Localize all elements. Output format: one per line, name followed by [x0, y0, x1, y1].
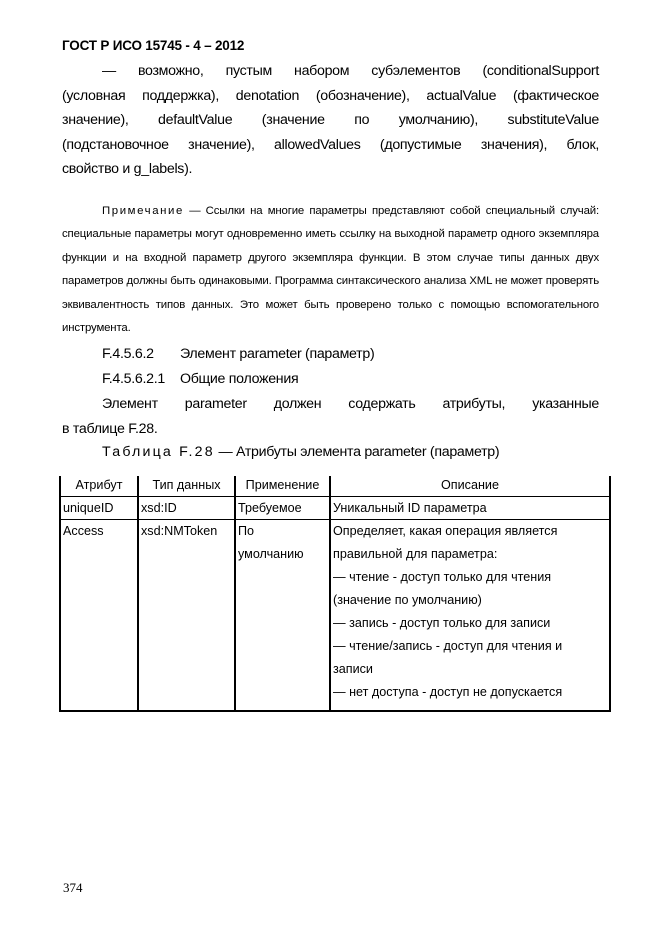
column-header-datatype: Тип данных — [138, 476, 235, 497]
note-label: Примечание — [102, 205, 184, 217]
table-caption-label: Таблица F.28 — [102, 444, 215, 460]
table-row: uniqueID xsd:ID Требуемое Уникальный ID … — [60, 497, 610, 520]
table-header-row: Атрибут Тип данных Применение Описание — [60, 476, 610, 497]
description-line: правильной для параметра: — [333, 543, 607, 566]
attributes-table: Атрибут Тип данных Применение Описание u… — [59, 476, 611, 712]
note-text: — Ссылки на многие параметры представляю… — [62, 205, 599, 334]
document-page: ГОСТ Р ИСО 15745 - 4 – 2012 — возможно, … — [0, 0, 661, 936]
page-number: 374 — [63, 880, 83, 896]
paragraph-sub-elements: — возможно, пустым набором субэлементов … — [62, 59, 599, 182]
paragraph-line: значение), defaultValue (значение по умо… — [62, 108, 599, 133]
cell-usage-line: умолчанию — [238, 543, 327, 566]
subsection-number: F.4.5.6.2.1 — [102, 371, 180, 387]
paragraph-line: в таблице F.28. — [62, 417, 599, 442]
paragraph-line: свойство и g_labels). — [62, 157, 599, 182]
table-caption: Таблица F.28 — Атрибуты элемента paramet… — [102, 444, 499, 460]
column-header-usage: Применение — [235, 476, 330, 497]
column-header-description: Описание — [330, 476, 610, 497]
table-row: Access xsd:NMToken По умолчанию Определя… — [60, 520, 610, 712]
paragraph-table-reference: Элемент parameter должен содержать атриб… — [62, 392, 599, 441]
note-block: Примечание — Ссылки на многие параметры … — [62, 200, 599, 340]
document-header: ГОСТ Р ИСО 15745 - 4 – 2012 — [62, 38, 244, 53]
description-line: (значение по умолчанию) — [333, 589, 607, 612]
subsection-heading: F.4.5.6.2.1Общие положения — [102, 371, 298, 387]
description-line: — чтение/запись - доступ для чтения и — [333, 635, 607, 658]
section-heading: F.4.5.6.2Элемент parameter (параметр) — [102, 346, 374, 362]
cell-description: Определяет, какая операция является прав… — [330, 520, 610, 712]
paragraph-line-text: — возможно, пустым набором субэлементов … — [102, 63, 599, 79]
cell-datatype: xsd:ID — [138, 497, 235, 520]
cell-usage: По умолчанию — [235, 520, 330, 712]
section-title: Элемент parameter (параметр) — [180, 346, 374, 362]
paragraph-line: (условная поддержка), denotation (обозна… — [62, 84, 599, 109]
column-header-attribute: Атрибут — [60, 476, 138, 497]
paragraph-line-text: Элемент parameter должен содержать атриб… — [102, 396, 599, 412]
subsection-title: Общие положения — [180, 371, 298, 387]
description-line: записи — [333, 658, 607, 681]
description-line: — чтение - доступ только для чтения — [333, 566, 607, 589]
cell-datatype: xsd:NMToken — [138, 520, 235, 712]
paragraph-line: — возможно, пустым набором субэлементов … — [62, 59, 599, 84]
table-caption-text: — Атрибуты элемента parameter (параметр) — [215, 444, 500, 460]
paragraph-line: (подстановочное значение), allowedValues… — [62, 133, 599, 158]
description-line: — нет доступа - доступ не допускается — [333, 681, 607, 704]
paragraph-line: Элемент parameter должен содержать атриб… — [62, 392, 599, 417]
cell-attribute: uniqueID — [60, 497, 138, 520]
description-line: — запись - доступ только для записи — [333, 612, 607, 635]
section-number: F.4.5.6.2 — [102, 346, 180, 362]
cell-usage: Требуемое — [235, 497, 330, 520]
description-line: Определяет, какая операция является — [333, 520, 607, 543]
cell-attribute: Access — [60, 520, 138, 712]
cell-usage-line: По — [238, 520, 327, 543]
cell-description: Уникальный ID параметра — [330, 497, 610, 520]
